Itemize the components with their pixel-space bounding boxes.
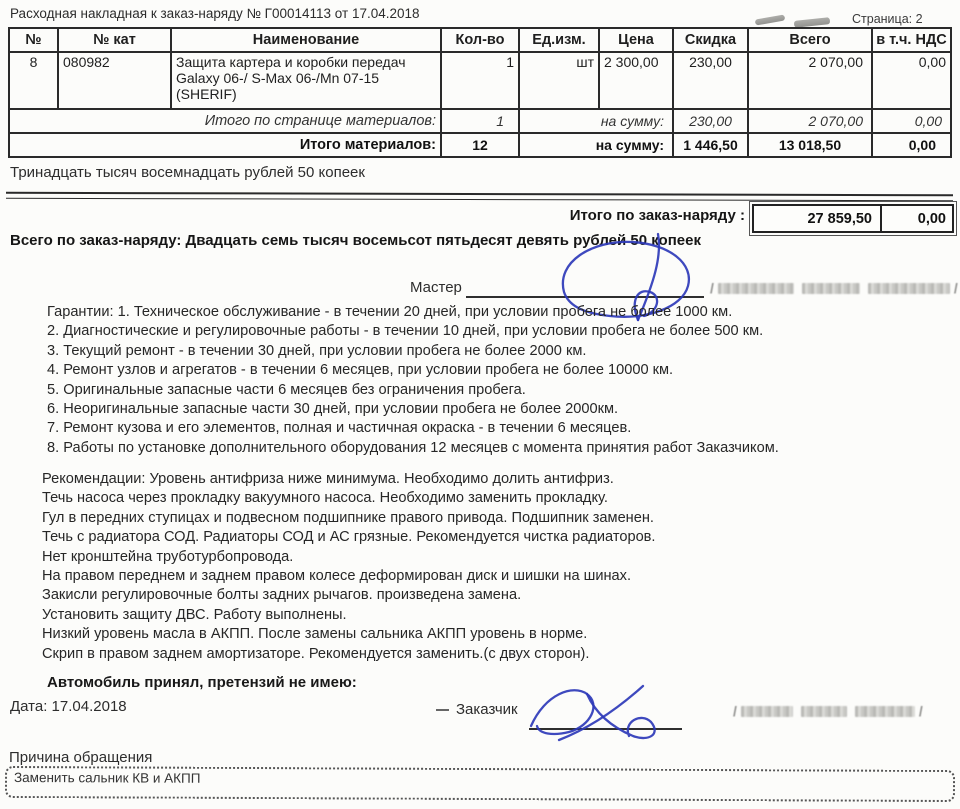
col-header-qty: Кол-во xyxy=(441,28,519,52)
slash: / xyxy=(710,280,714,296)
order-total-sum: 27 859,50 xyxy=(754,206,880,231)
col-header-vat: в т.ч. НДС xyxy=(872,28,951,52)
warranty-line: 7. Ремонт кузова и его элементов, полная… xyxy=(47,419,927,438)
amount-in-words: Тринадцать тысяч восемнадцать рублей 50 … xyxy=(10,164,365,181)
redacted-word xyxy=(855,706,915,717)
table-header-row: № № кат Наименование Кол-во Ед.изм. Цена… xyxy=(9,28,951,52)
customer-signature xyxy=(525,682,675,744)
slash: / xyxy=(954,280,958,296)
col-header-cat: № кат xyxy=(58,28,171,52)
recommendation-line: Течь с радиатора СОД. Радиаторы СОД и АС… xyxy=(42,528,922,547)
recommendation-line: Течь насоса через прокладку вакуумного н… xyxy=(42,489,922,508)
recommendation-line: Закисли регулировочные болты задних рыча… xyxy=(42,586,922,605)
materials-total-vat: 0,00 xyxy=(872,133,951,157)
document-title: Расходная накладная к заказ-наряду № Г00… xyxy=(10,6,420,21)
table-row: 8 080982 Защита картера и коробки переда… xyxy=(9,52,951,109)
materials-total-sum-label: на сумму: xyxy=(519,133,673,157)
slash: / xyxy=(733,703,737,719)
cell-discount: 230,00 xyxy=(673,52,748,109)
reason-value: Заменить сальник КВ и АКПП xyxy=(7,768,953,789)
order-total-vat: 0,00 xyxy=(880,206,952,231)
dash-mark xyxy=(436,709,449,711)
materials-total-row: Итого материалов: 12 на сумму: 1 446,50 … xyxy=(9,133,951,157)
materials-total-total: 13 018,50 xyxy=(748,133,872,157)
cell-qty: 1 xyxy=(441,52,519,109)
divider-line xyxy=(6,192,953,201)
col-header-name: Наименование xyxy=(171,28,441,52)
recommendation-line: На правом переднем и заднем правом колес… xyxy=(42,567,922,586)
order-total-label: Итого по заказ-наряду : xyxy=(420,207,745,224)
warranty-terms: Гарантии: 1. Техническое обслуживание - … xyxy=(47,303,927,458)
cell-price: 2 300,00 xyxy=(599,52,673,109)
reason-box: Заменить сальник КВ и АКПП xyxy=(5,766,955,802)
col-header-unit: Ед.изм. xyxy=(519,28,599,52)
cell-unit: шт xyxy=(519,52,599,109)
page-number: Страница: 2 xyxy=(852,12,923,26)
date-label: Дата: 17.04.2018 xyxy=(10,698,127,715)
recommendation-line: Нет кронштейна труботурбопровода. xyxy=(42,548,922,567)
warranty-line: 2. Диагностические и регулировочные рабо… xyxy=(47,322,927,341)
scan-artifact xyxy=(755,14,786,25)
warranty-line: Гарантии: 1. Техническое обслуживание - … xyxy=(47,303,927,322)
col-header-price: Цена xyxy=(599,28,673,52)
slash: / xyxy=(919,703,923,719)
redacted-word xyxy=(801,706,847,717)
page-total-vat: 0,00 xyxy=(872,109,951,133)
master-label: Мастер xyxy=(410,279,462,296)
materials-total-qty: 12 xyxy=(441,133,519,157)
col-header-discount: Скидка xyxy=(673,28,748,52)
page-total-total: 2 070,00 xyxy=(748,109,872,133)
col-header-total: Всего xyxy=(748,28,872,52)
redacted-word xyxy=(802,283,860,294)
cell-vat: 0,00 xyxy=(872,52,951,109)
redacted-word xyxy=(868,283,950,294)
cell-num: 8 xyxy=(9,52,58,109)
materials-total-label: Итого материалов: xyxy=(9,133,441,157)
warranty-line: 8. Работы по установке дополнительного о… xyxy=(47,439,927,458)
master-name-redacted: / / xyxy=(710,280,958,296)
recommendation-line: Гул в передних ступицах и подвесном подш… xyxy=(42,509,922,528)
page-total-row: Итого по странице материалов: 1 на сумму… xyxy=(9,109,951,133)
warranty-line: 6. Неоригинальные запасные части 30 дней… xyxy=(47,400,927,419)
recommendation-line: Низкий уровень масла в АКПП. После замен… xyxy=(42,625,922,644)
redacted-word xyxy=(718,283,794,294)
warranty-line: 5. Оригинальные запасные части 6 месяцев… xyxy=(47,381,927,400)
page-total-label: Итого по странице материалов: xyxy=(9,109,441,133)
page-total-discount: 230,00 xyxy=(673,109,748,133)
recommendation-line: Рекомендации: Уровень антифриза ниже мин… xyxy=(42,470,922,489)
cell-name: Защита картера и коробки передач Galaxy … xyxy=(171,52,441,109)
order-total-box: 27 859,50 0,00 xyxy=(752,204,954,233)
customer-name-redacted: / / xyxy=(733,703,923,719)
page-total-qty: 1 xyxy=(441,109,519,133)
materials-total-discount: 1 446,50 xyxy=(673,133,748,157)
redacted-word xyxy=(741,706,793,717)
cell-total: 2 070,00 xyxy=(748,52,872,109)
warranty-line: 3. Текущий ремонт - в течении 30 дней, п… xyxy=(47,342,927,361)
materials-table: № № кат Наименование Кол-во Ед.изм. Цена… xyxy=(8,27,952,158)
warranty-line: 4. Ремонт узлов и агрегатов - в течении … xyxy=(47,361,927,380)
recommendation-line: Установить защиту ДВС. Работу выполнены. xyxy=(42,606,922,625)
recommendation-line: Скрип в правом заднем амортизаторе. Реко… xyxy=(42,645,922,664)
cell-cat: 080982 xyxy=(58,52,171,109)
page-total-sum-label: на сумму: xyxy=(519,109,673,133)
customer-label: Заказчик xyxy=(456,701,518,718)
reason-label: Причина обращения xyxy=(9,749,152,766)
acceptance-statement: Автомобиль принял, претензий не имею: xyxy=(47,674,357,691)
recommendations: Рекомендации: Уровень антифриза ниже мин… xyxy=(42,470,922,664)
materials-table-wrap: № № кат Наименование Кол-во Ед.изм. Цена… xyxy=(8,27,952,158)
col-header-num: № xyxy=(9,28,58,52)
